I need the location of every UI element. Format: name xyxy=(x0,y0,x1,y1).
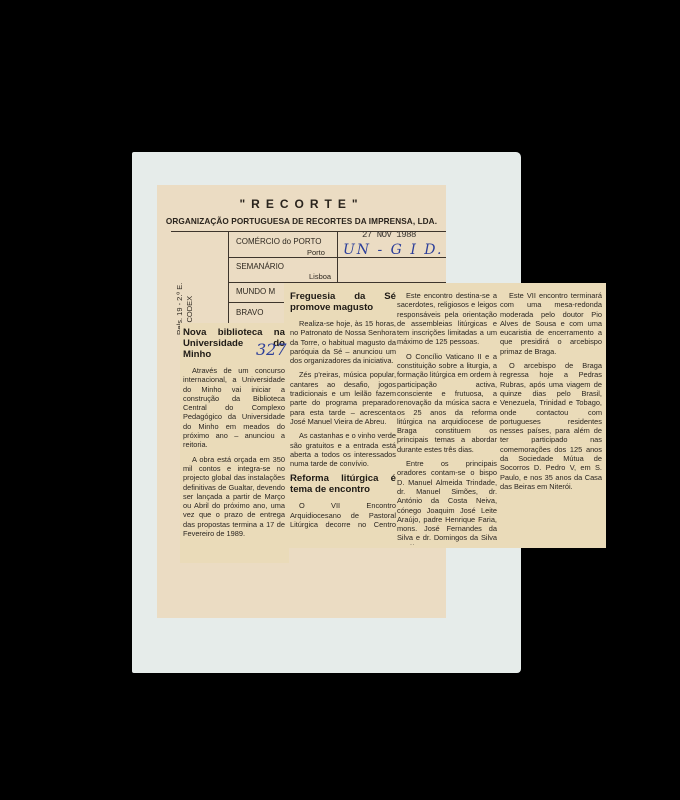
article-biblioteca: Nova biblioteca na Universidade do Minho… xyxy=(183,327,285,543)
article-reforma-col2: Este encontro destina-se a sacerdotes, r… xyxy=(397,291,497,545)
publication-name: MUNDO M xyxy=(236,287,275,296)
article-paragraph: As castanhas e o vinho verde são gratuit… xyxy=(290,431,396,468)
article-magusto: Freguesia da Sé promove magusto Realiza-… xyxy=(290,291,396,534)
article-paragraph: O VII Encontro Arquidiocesano de Pastora… xyxy=(290,501,396,529)
grid-line xyxy=(228,302,288,303)
article-paragraph: Este VII encontro terminará com uma mesa… xyxy=(500,291,602,356)
publication-name: COMÉRCIO do PORTO xyxy=(236,237,322,246)
publication-name: SEMANÁRIO xyxy=(236,262,284,271)
article-paragraph: Entre os principais oradores contam-se o… xyxy=(397,459,497,545)
article-paragraph: O arcebispo de Braga regressa hoje a Ped… xyxy=(500,361,602,491)
article-title: Freguesia da Sé promove magusto xyxy=(290,291,396,313)
publication-name: BRAVO xyxy=(236,308,263,317)
article-paragraph: Através de um concurso internacional, a … xyxy=(183,366,285,450)
article-paragraph: O Concílio Vaticano II e a constituição … xyxy=(397,352,497,454)
article-paragraph: Este encontro destina-se a sacerdotes, r… xyxy=(397,291,497,347)
article-paragraph: Zés p'reiras, música popular, cantares a… xyxy=(290,370,396,426)
publication-city: Lisboa xyxy=(309,272,331,281)
article-paragraph: A obra está orçada em 350 mil contos e i… xyxy=(183,455,285,539)
publication-city: Porto xyxy=(307,248,325,257)
handwritten-number: 327 xyxy=(256,340,287,359)
article-paragraph: Realiza-se hoje, às 15 horas, no Patrona… xyxy=(290,319,396,365)
handwritten-code: UN - G I D. xyxy=(343,242,443,258)
article-title: Reforma litúrgica é tema de encontro xyxy=(290,473,396,495)
article-reforma-col3: Este VII encontro terminará com uma mesa… xyxy=(500,291,602,545)
date-stamp: 27 NOV 1988 xyxy=(362,230,416,240)
agency-title: "RECORTE" xyxy=(157,197,446,211)
agency-organization: ORGANIZAÇÃO PORTUGUESA DE RECORTES DA IM… xyxy=(157,217,446,226)
